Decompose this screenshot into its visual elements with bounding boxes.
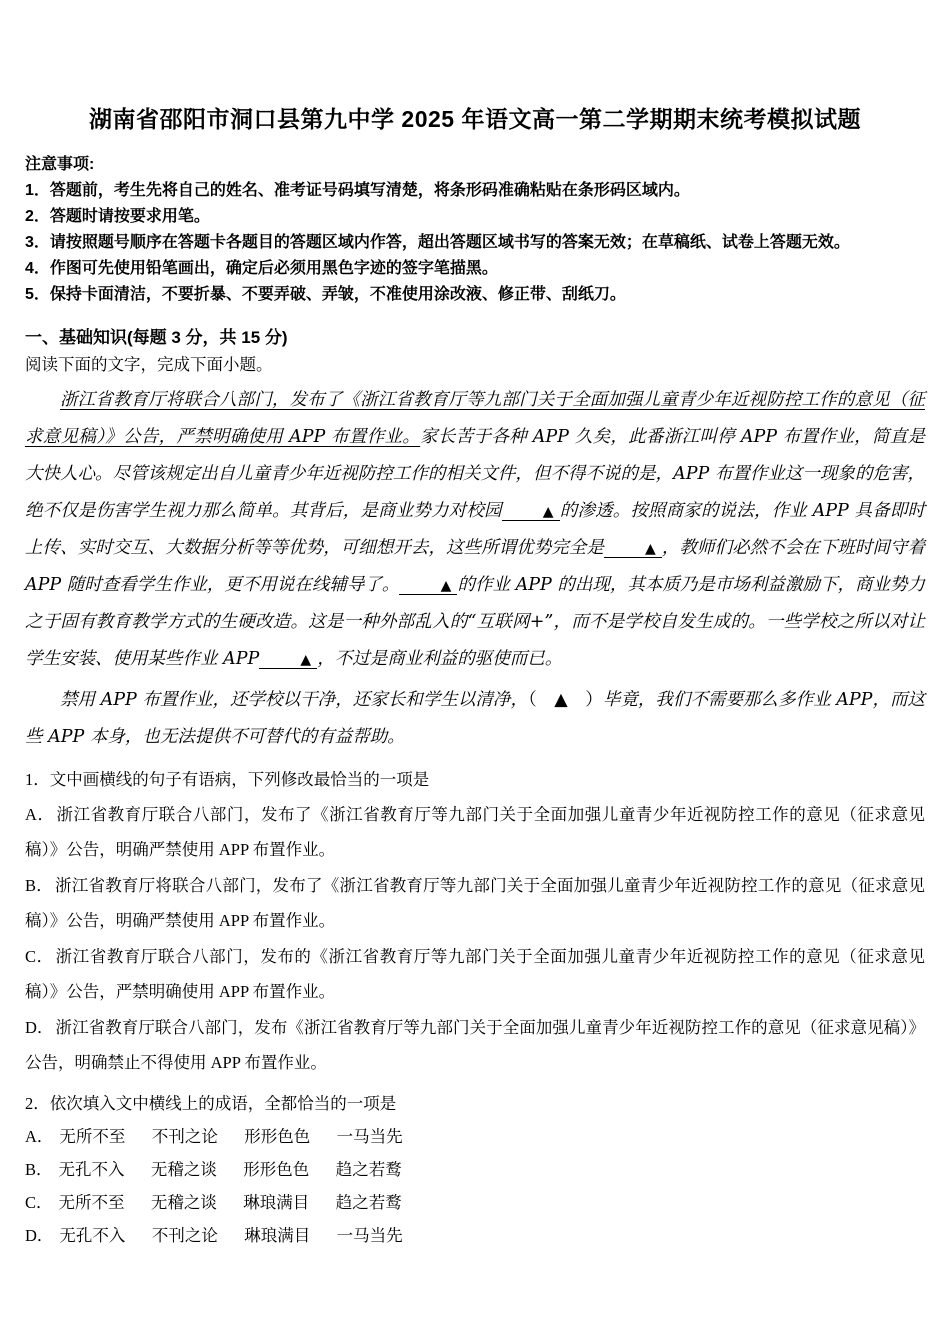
option-label: C．	[25, 947, 54, 966]
notice-item: 2．答题时请按要求用笔。	[25, 204, 925, 230]
triangle-marker: ▲	[645, 541, 656, 557]
passage-text: ，不过是商业利益的驱使而已。	[317, 649, 562, 669]
section-heading: 一、基础知识(每题 3 分，共 15 分)	[25, 324, 925, 352]
option-text: 浙江省教育厅将联合八部门，发布了《浙江省教育厅等九部门关于全面加强儿童青少年近视…	[25, 876, 925, 930]
question-2-option-d: D．无孔不入不刊之论琳琅满目一马当先	[25, 1219, 925, 1252]
notice-section: 注意事项: 1．答题前，考生先将自己的姓名、准考证号码填写清楚，将条形码准确粘贴…	[25, 152, 925, 308]
idiom: 无孔不入	[59, 1226, 125, 1245]
idiom: 不刊之论	[152, 1127, 218, 1146]
option-label: D．	[25, 1226, 53, 1245]
question-2-stem: 2．依次填入文中横线上的成语，全都恰当的一项是	[25, 1088, 925, 1120]
idiom: 一马当先	[337, 1226, 403, 1245]
exam-paper-page: 湖南省邵阳市洞口县第九中学 2025 年语文高一第二学期期末统考模拟试题 注意事…	[0, 0, 950, 1344]
idiom: 不刊之论	[152, 1226, 218, 1245]
option-label: A．	[25, 1127, 53, 1146]
idiom: 一马当先	[337, 1127, 403, 1146]
question-1-option-a: A．浙江省教育厅联合八部门，发布了《浙江省教育厅等九部门关于全面加强儿童青少年近…	[25, 797, 925, 867]
notice-item: 4．作图可先使用铅笔画出，确定后必须用黑色字迹的签字笔描黑。	[25, 256, 925, 282]
idiom: 琳琅满目	[243, 1193, 309, 1212]
option-label: B．	[25, 876, 53, 895]
question-1-option-c: C．浙江省教育厅联合八部门，发布的《浙江省教育厅等九部门关于全面加强儿童青少年近…	[25, 939, 925, 1009]
notice-item: 1．答题前，考生先将自己的姓名、准考证号码填写清楚，将条形码准确粘贴在条形码区域…	[25, 178, 925, 204]
idiom: 无稽之谈	[151, 1160, 217, 1179]
idiom: 趋之若鹜	[336, 1160, 402, 1179]
option-label: D．	[25, 1018, 54, 1037]
idiom: 形形色色	[243, 1160, 309, 1179]
question-2: 2．依次填入文中横线上的成语，全都恰当的一项是 A．无所不至不刊之论形形色色一马…	[25, 1088, 925, 1252]
idiom: 无孔不入	[59, 1160, 125, 1179]
idiom: 无稽之谈	[151, 1193, 217, 1212]
passage-intro: 阅读下面的文字，完成下面小题。	[25, 352, 925, 378]
answer-blank-3: ▲	[399, 577, 457, 595]
bracket-blank: （ ▲ ）	[528, 690, 603, 710]
option-text: 浙江省教育厅联合八部门，发布《浙江省教育厅等九部门关于全面加强儿童青少年近视防控…	[25, 1018, 925, 1072]
passage-paragraph-1: 浙江省教育厅将联合八部门，发布了《浙江省教育厅等九部门关于全面加强儿童青少年近视…	[25, 382, 925, 678]
idiom: 无所不至	[59, 1127, 125, 1146]
answer-blank-2: ▲	[604, 540, 662, 558]
option-text: 浙江省教育厅联合八部门，发布了《浙江省教育厅等九部门关于全面加强儿童青少年近视防…	[25, 805, 925, 859]
passage-text: 禁用 APP 布置作业，还学校以干净，还家长和学生以清净，	[60, 690, 528, 710]
idiom: 琳琅满目	[244, 1226, 310, 1245]
question-2-option-a: A．无所不至不刊之论形形色色一马当先	[25, 1120, 925, 1153]
notice-heading: 注意事项:	[25, 152, 925, 178]
answer-blank-4: ▲	[259, 651, 317, 669]
answer-blank-1: ▲	[502, 503, 560, 521]
passage-paragraph-2: 禁用 APP 布置作业，还学校以干净，还家长和学生以清净，（ ▲ ）毕竟，我们不…	[25, 682, 925, 756]
page-title: 湖南省邵阳市洞口县第九中学 2025 年语文高一第二学期期末统考模拟试题	[25, 104, 925, 134]
notice-item: 5．保持卡面清洁，不要折暴、不要弄破、弄皱，不准使用涂改液、修正带、刮纸刀。	[25, 282, 925, 308]
question-2-option-b: B．无孔不入无稽之谈形形色色趋之若鹜	[25, 1153, 925, 1186]
question-2-option-c: C．无所不至无稽之谈琳琅满目趋之若鹜	[25, 1186, 925, 1219]
notice-item: 3．请按照题号顺序在答题卡各题目的答题区域内作答，超出答题区域书写的答案无效；在…	[25, 230, 925, 256]
triangle-marker: ▲	[441, 578, 452, 594]
idiom: 无所不至	[59, 1193, 125, 1212]
idiom: 形形色色	[244, 1127, 310, 1146]
idiom: 趋之若鹜	[336, 1193, 402, 1212]
question-1-stem: 1．文中画横线的句子有语病，下列修改最恰当的一项是	[25, 764, 925, 796]
option-label: C．	[25, 1193, 53, 1212]
triangle-marker: ▲	[543, 504, 554, 520]
option-text: 浙江省教育厅联合八部门，发布的《浙江省教育厅等九部门关于全面加强儿童青少年近视防…	[25, 947, 925, 1001]
triangle-marker: ▲	[300, 652, 311, 668]
option-label: B．	[25, 1160, 53, 1179]
question-1-option-d: D．浙江省教育厅联合八部门，发布《浙江省教育厅等九部门关于全面加强儿童青少年近视…	[25, 1010, 925, 1080]
option-label: A．	[25, 805, 55, 824]
question-1-option-b: B．浙江省教育厅将联合八部门，发布了《浙江省教育厅等九部门关于全面加强儿童青少年…	[25, 868, 925, 938]
question-1: 1．文中画横线的句子有语病，下列修改最恰当的一项是 A．浙江省教育厅联合八部门，…	[25, 764, 925, 1080]
